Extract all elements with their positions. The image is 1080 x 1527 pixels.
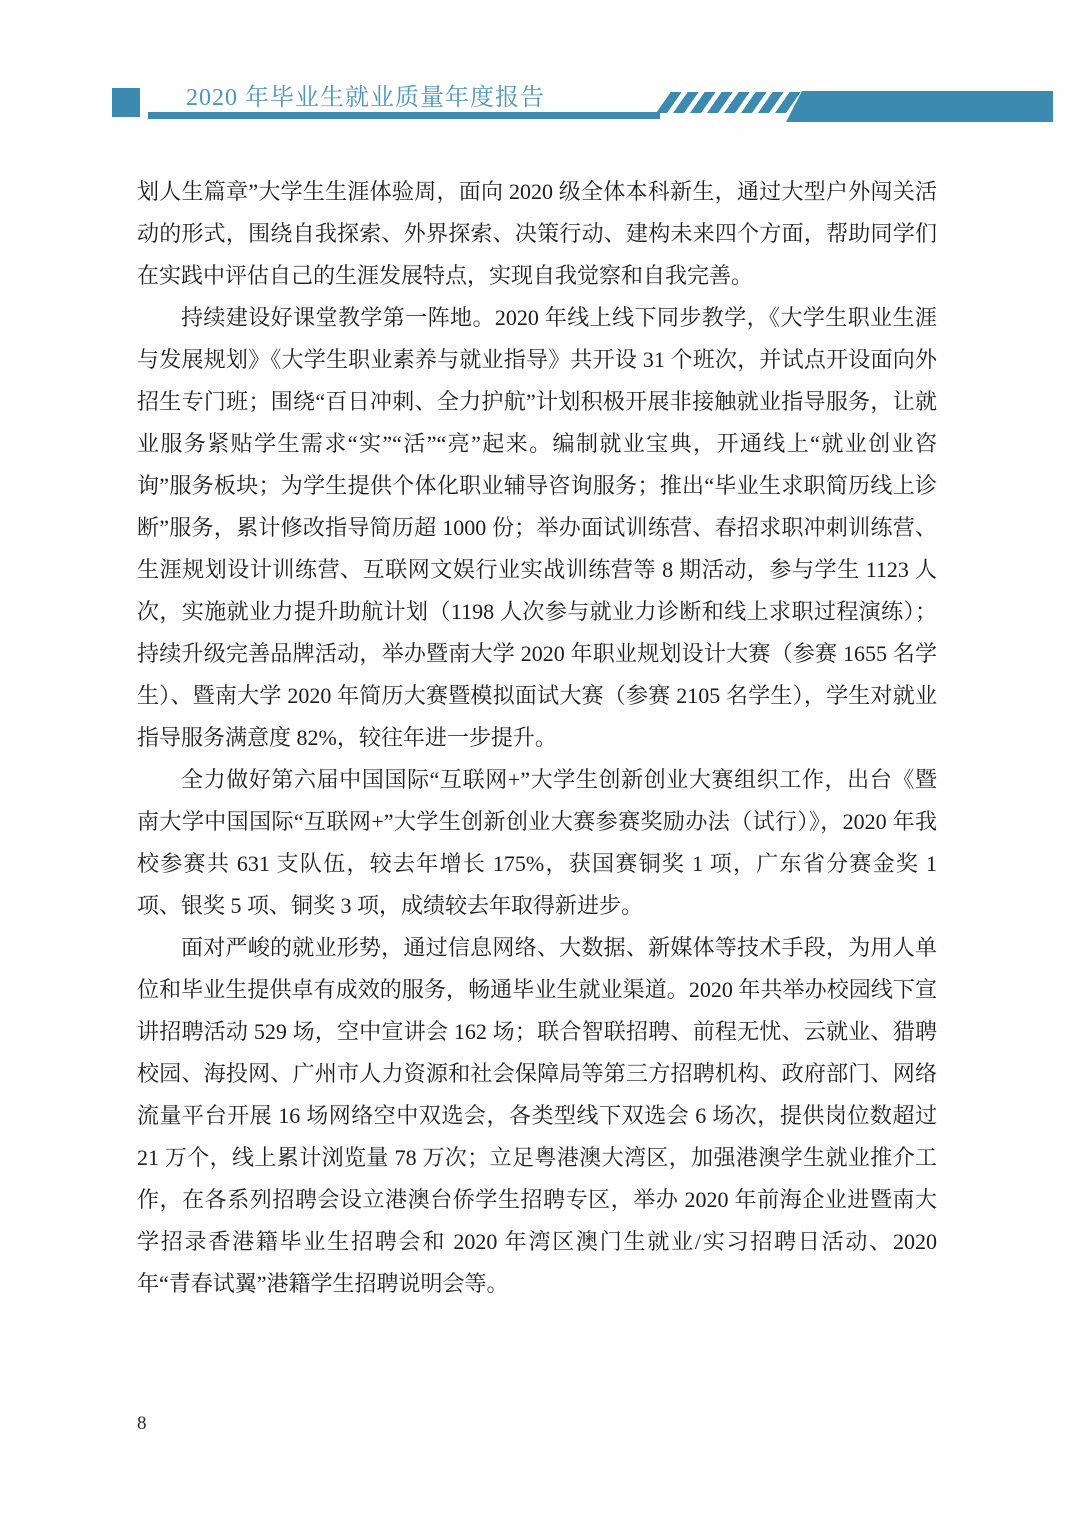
document-page: 2020 年毕业生就业质量年度报告 划人生篇章”大学生生涯体验周，面向 2020…: [0, 0, 1080, 1527]
paragraph: 全力做好第六届中国国际“互联网+”大学生创新创业大赛组织工作，出台《暨南大学中国…: [137, 759, 937, 927]
header-bar-decoration: [786, 91, 1053, 122]
body-paragraphs: 划人生篇章”大学生生涯体验周，面向 2020 级全体本科新生，通过大型户外闯关活…: [137, 171, 937, 1305]
header-accent-square: [112, 88, 140, 117]
paragraph: 持续建设好课堂教学第一阵地。2020 年线上线下同步教学，《大学生职业生涯与发展…: [137, 297, 937, 759]
page-number: 8: [137, 1413, 147, 1435]
header-rule-line: [148, 112, 660, 119]
header-slashes-decoration: [656, 92, 804, 113]
header-title: 2020 年毕业生就业质量年度报告: [186, 84, 545, 112]
paragraph: 划人生篇章”大学生生涯体验周，面向 2020 级全体本科新生，通过大型户外闯关活…: [137, 171, 937, 297]
paragraph: 面对严峻的就业形势，通过信息网络、大数据、新媒体等技术手段，为用人单位和毕业生提…: [137, 927, 937, 1305]
page-header: 2020 年毕业生就业质量年度报告: [0, 0, 1080, 130]
